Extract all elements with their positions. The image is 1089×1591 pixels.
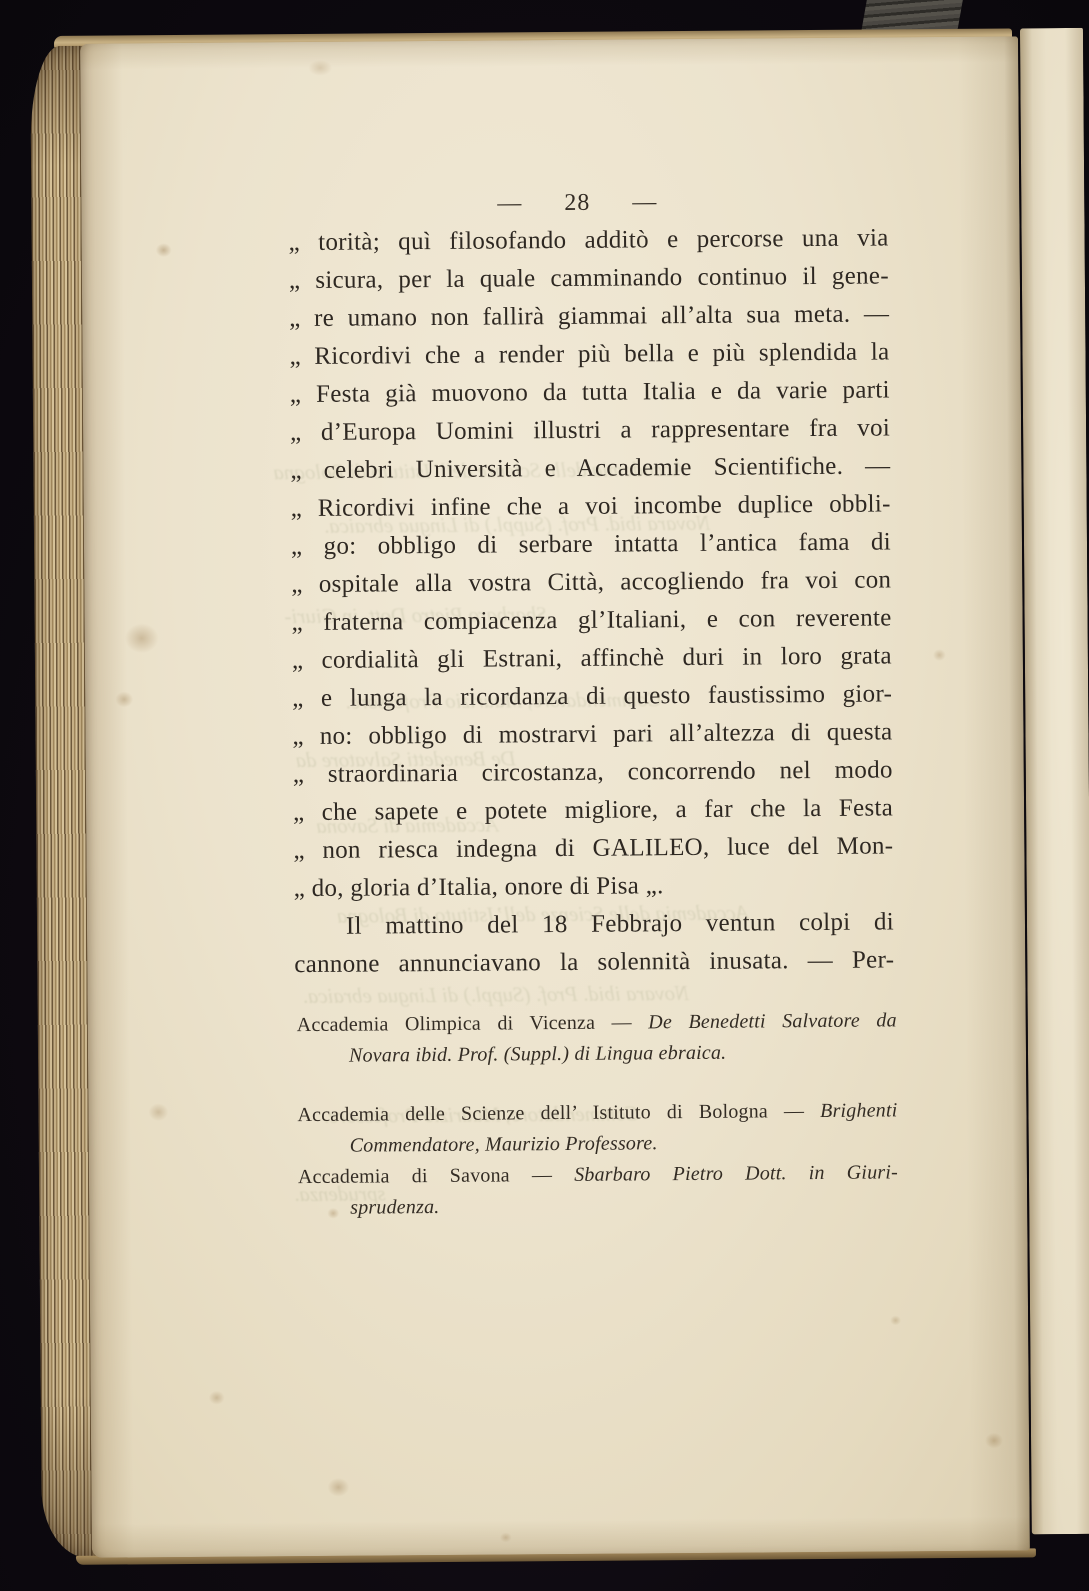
quote-line: „ do, gloria d’Italia, onore di Pisa „. xyxy=(294,865,894,908)
paper-stain xyxy=(156,243,172,257)
adjacent-page-sliver xyxy=(1020,28,1089,1534)
paper-stain xyxy=(308,60,332,76)
quote-line: „ non riesca indegna di GALILEO, luce de… xyxy=(293,827,893,870)
paper-stain xyxy=(125,623,159,653)
footnote-line: Accademia delle Scienze dell’ Istituto d… xyxy=(297,1095,897,1131)
paper-stain xyxy=(148,1103,168,1121)
quote-line: „ Ricordivi infine che a voi incombe dup… xyxy=(291,485,891,528)
footnote-line: Accademia Olimpica di Vicenza — De Bened… xyxy=(297,1005,897,1041)
paper-stain xyxy=(209,1391,225,1405)
paper-stain xyxy=(890,1315,901,1325)
quote-line: „ d’Europa Uomini illustri a rappresenta… xyxy=(290,409,890,452)
footnote-source: Accademia delle Scienze dell’ Istituto d… xyxy=(297,1100,768,1126)
quote-line: „ Festa già muovono da tutta Italia e da… xyxy=(290,371,890,414)
footnote-source: Accademia Olimpica di Vicenza xyxy=(297,1012,596,1036)
quote-line: „ cordialità gli Estrani, affinchè duri … xyxy=(292,637,892,680)
footnote-dash: — xyxy=(612,1011,632,1033)
footnote-entry: Brighenti xyxy=(820,1099,898,1122)
page-header: —28— xyxy=(297,188,857,224)
paper-stain xyxy=(115,691,133,707)
body-line: Il mattino del 18 Febbrajo ventun colpi … xyxy=(294,903,894,946)
footnote-line: Accademia di Savona — Sbarbaro Pietro Do… xyxy=(298,1157,898,1193)
photo-background: Accademia delle Scienze dell’ Istituto d… xyxy=(0,0,1089,1591)
quote-line: „ go: obbligo di serbare intatta l’antic… xyxy=(291,523,891,566)
footnote-dash: — xyxy=(532,1164,552,1186)
footnote: Accademia Olimpica di Vicenza — De Bened… xyxy=(297,1005,897,1072)
paper-stain xyxy=(500,1532,512,1542)
paper-stain xyxy=(327,1478,349,1497)
quote-line: „ sicura, per la quale camminando contin… xyxy=(289,257,889,300)
main-text-block: „ torità; quì filosofando additò e perco… xyxy=(288,219,894,984)
book-block: Accademia delle Scienze dell’ Istituto d… xyxy=(30,24,1089,1576)
footnote-continuation: sprudenza. xyxy=(350,1188,898,1223)
quote-line: „ torità; quì filosofando additò e perco… xyxy=(288,219,888,262)
body-line: cannone annunciavano la solennità inusat… xyxy=(294,941,894,984)
quote-line: „ straordinaria circostanza, concorrendo… xyxy=(293,751,893,794)
footnote-entry: Sbarbaro Pietro Dott. in Giuri- xyxy=(574,1161,898,1186)
paper-stain xyxy=(985,1433,1003,1449)
footnote-dash: — xyxy=(784,1100,804,1122)
quote-line: „ Ricordivi che a render più bella e più… xyxy=(289,333,889,376)
quote-line: „ che sapete e potete migliore, a far ch… xyxy=(293,789,893,832)
header-dash-right: — xyxy=(632,189,657,215)
quote-line: „ ospitale alla vostra Città, accogliend… xyxy=(291,561,891,604)
header-dash-left: — xyxy=(497,190,522,216)
page-number: 28 xyxy=(564,190,590,216)
footnotes-block: Accademia Olimpica di Vicenza — De Bened… xyxy=(297,1005,899,1224)
quote-line: „ e lunga la ricordanza di questo fausti… xyxy=(292,675,892,718)
quote-line: „ fraterna compiacenza gl’Italiani, e co… xyxy=(291,599,891,642)
paper-stain xyxy=(933,649,946,661)
quote-line: „ no: obbligo di mostrarvi pari all’alte… xyxy=(292,713,892,756)
book-page: Accademia delle Scienze dell’ Istituto d… xyxy=(80,36,1030,1557)
footnote: Accademia delle Scienze dell’ Istituto d… xyxy=(297,1095,897,1162)
footnote: Accademia di Savona — Sbarbaro Pietro Do… xyxy=(298,1157,898,1224)
footnote-continuation: Novara ibid. Prof. (Suppl.) di Lingua eb… xyxy=(349,1036,897,1071)
footnote-source: Accademia di Savona xyxy=(298,1164,510,1188)
quote-line: „ re umano non fallirà giammai all’alta … xyxy=(289,295,889,338)
bleedthrough-text: Novara ibid. Prof. (Suppl.) di Lingua eb… xyxy=(302,981,689,1009)
footnote-entry: De Benedetti Salvatore da xyxy=(648,1009,897,1033)
quote-line: „ celebri Università e Accademie Scienti… xyxy=(290,447,890,490)
footnote-continuation: Commendatore, Maurizio Professore. xyxy=(350,1126,898,1161)
